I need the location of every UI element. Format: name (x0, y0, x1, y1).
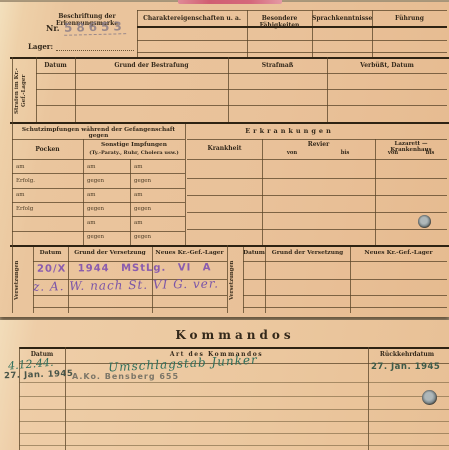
rule-line (243, 247, 244, 313)
rule-line (137, 10, 447, 11)
punishment-served-header: Verbüßt, Datum (327, 62, 447, 69)
camp-label: Lager: (28, 42, 53, 51)
rule-line (36, 89, 447, 90)
rule-line (243, 261, 447, 262)
vaccination-cell: am (16, 164, 25, 170)
rule-line (19, 382, 449, 383)
rule-line (33, 295, 227, 296)
rule-line (12, 173, 185, 174)
revier-header: Revier (262, 141, 375, 148)
rule-line (187, 159, 447, 160)
rule-line (12, 245, 13, 313)
rule-line (137, 40, 447, 41)
id-number-stamp: 58653 (64, 19, 126, 36)
rule-line (265, 247, 266, 313)
revier-bis-label: bis (325, 150, 365, 156)
rule-line (19, 445, 449, 446)
rule-line (19, 421, 449, 422)
punishment-reason-header: Grund der Bestrafung (75, 62, 228, 69)
rule-line (375, 139, 376, 247)
rule-line (12, 159, 185, 160)
vaccination-cell: am (134, 164, 143, 170)
vaccination-cell: am (134, 192, 143, 198)
rule-line (12, 188, 185, 189)
hole-punch (422, 390, 437, 405)
vaccination-cell: am (16, 192, 25, 198)
vaccination-cell: Erfolg (16, 206, 33, 212)
transfer-date-header: Datum (243, 250, 265, 256)
kommandos-card: Kommandos Datum Art des Kommandos Rückke… (0, 320, 449, 450)
rule-line (12, 122, 13, 247)
vaccination-cell: Erfolg. (16, 178, 35, 184)
transfer-newcamp-header: Neues Kr.-Gef.-Lager (350, 250, 447, 256)
rule-line (262, 139, 263, 247)
pocken-header: Pocken (12, 146, 83, 153)
camp-entry-line (56, 44, 134, 51)
rule-line (187, 212, 447, 213)
rule-line (19, 433, 449, 434)
red-card-edge (178, 0, 282, 4)
lazarett-von-label: von (378, 150, 408, 156)
punishment-sentence-header: Strafmaß (228, 62, 327, 69)
section-divider (10, 245, 449, 247)
vaccination-cell: am (87, 220, 96, 226)
rule-line (12, 202, 185, 203)
transfer-newcamp-header: Neues Kr.-Gef.-Lager (152, 250, 227, 256)
languages-column-header: Sprachkenntnisse (312, 15, 372, 22)
rule-line (12, 216, 185, 217)
other-vaccines-header: Sonstige Impfungen (83, 142, 185, 148)
vaccination-cell: am (134, 220, 143, 226)
rule-line (187, 229, 447, 230)
rule-line (33, 307, 227, 308)
transfer-reason-header: Grund der Versetzung (68, 250, 152, 256)
section-divider (10, 122, 449, 124)
illness-title: Erkrankungen (212, 127, 367, 135)
transfer-date-header: Datum (33, 250, 68, 256)
kommando-return-header: Rückkehrdatum (368, 351, 446, 358)
rule-line (36, 73, 447, 74)
vaccination-cell: gegen (87, 206, 104, 212)
rule-line (350, 247, 351, 313)
transfers-left-side-label: Versetzungen (14, 250, 31, 310)
revier-von-label: von (272, 150, 312, 156)
vaccination-cell: gegen (134, 206, 151, 212)
traits-column-header: Charaktereigenschaften u. a. (137, 15, 247, 22)
rule-line (12, 57, 13, 122)
kommandos-title: Kommandos (120, 328, 350, 342)
vaccination-cell: gegen (87, 234, 104, 240)
vaccination-title: Schutzimpfungen während der Gefangenscha… (12, 127, 185, 139)
vaccination-cell: gegen (87, 178, 104, 184)
vaccination-cell: am (87, 192, 96, 198)
personal-record-card: Beschriftung der Erkennungsmarke Nr. 586… (0, 2, 449, 317)
lazarett-bis-label: bis (415, 150, 445, 156)
rule-line (19, 347, 449, 349)
vaccination-cell: am (87, 164, 96, 170)
transfer-reason-header: Grund der Versetzung (265, 250, 350, 256)
punishment-side-label: Strafen im Kr.-Gef.-Lager (14, 62, 34, 120)
rule-line (243, 295, 447, 296)
rule-line (243, 279, 447, 280)
transfer-handwritten-note: z. A. W. nach St. VI G. ver. (33, 276, 233, 293)
scanned-pow-record: Beschriftung der Erkennungsmarke Nr. 586… (0, 0, 449, 450)
vaccination-cell: gegen (134, 178, 151, 184)
rule-line (12, 139, 185, 140)
id-number-label: Nr. (46, 23, 60, 33)
rule-line (19, 409, 449, 410)
rule-line (187, 195, 447, 196)
rule-line (19, 396, 449, 397)
other-vaccines-subheader: (Ty.-Paraty., Ruhr, Cholera usw.) (83, 150, 185, 156)
kommando-row-type-stamp: A.Ko. Bensberg 655 (72, 372, 202, 381)
rule-line (243, 307, 447, 308)
side-label-text: Strafen (14, 91, 20, 114)
rule-line (12, 231, 185, 232)
kommando-row-return-stamp: 27. Jan. 1945 (371, 362, 447, 372)
punishment-date-header: Datum (36, 62, 75, 69)
disease-header: Krankheit (187, 145, 262, 152)
rule-line (36, 105, 447, 106)
rule-line (368, 347, 369, 450)
transfers-right-side-label: Versetzungen (229, 250, 243, 310)
vaccination-cell: gegen (134, 234, 151, 240)
rule-line (185, 124, 186, 247)
hole-punch (418, 215, 431, 228)
skills-column-header: Besondere Fähigkeiten (247, 15, 312, 29)
transfer-stamp: 20/X 1944 MStLg. VI A (37, 262, 217, 275)
rule-line (137, 52, 447, 53)
conduct-column-header: Führung (372, 15, 447, 22)
rule-line (187, 178, 447, 179)
rule-line (187, 139, 447, 140)
